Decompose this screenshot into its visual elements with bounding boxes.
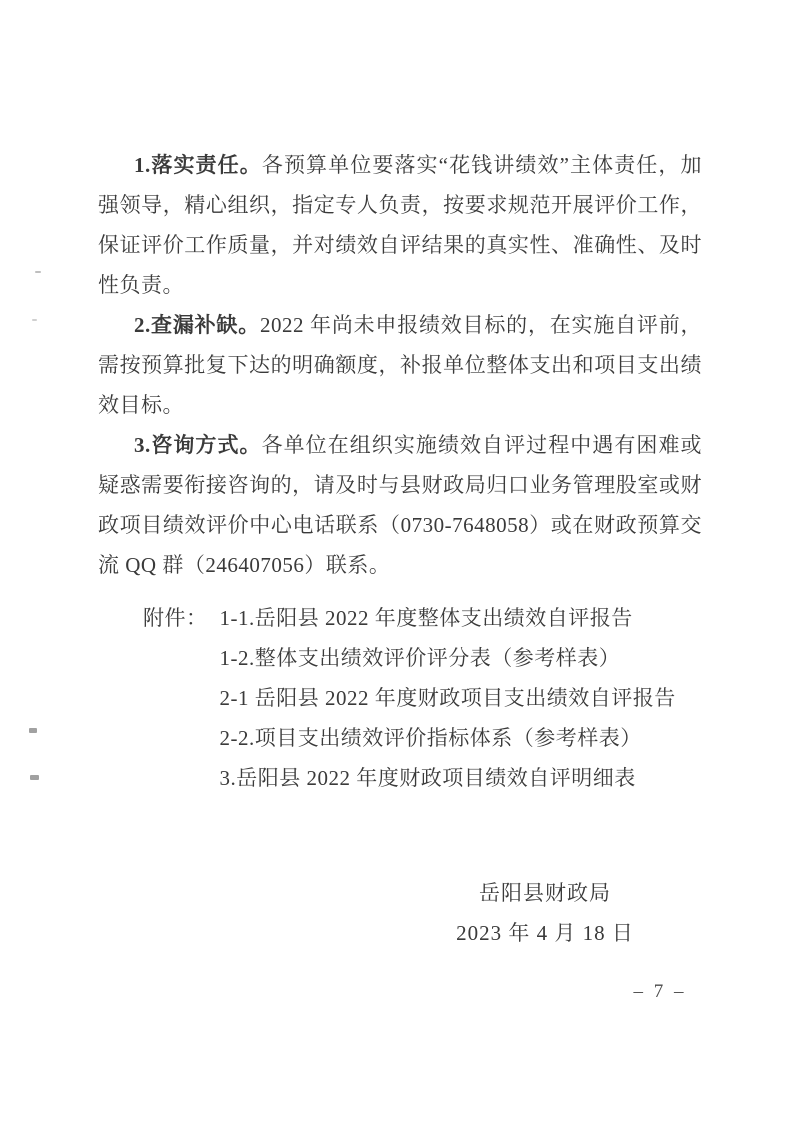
attachment-item: 2-2.项目支出绩效评价指标体系（参考样表） xyxy=(220,718,676,758)
scan-speck xyxy=(32,319,37,321)
scan-speck xyxy=(30,775,39,780)
paragraph-2-lead: 2.查漏补缺。 xyxy=(134,313,260,337)
document-page: 1.落实责任。各预算单位要落实“花钱讲绩效”主体责任，加强领导，精心组织，指定专… xyxy=(0,0,793,1122)
attachments-section: 附件： 1-1.岳阳县 2022 年度整体支出绩效自评报告 1-2.整体支出绩效… xyxy=(143,598,703,798)
attachment-item: 3.岳阳县 2022 年度财政项目绩效自评明细表 xyxy=(220,758,676,798)
paragraph-2: 2.查漏补缺。2022 年尚未申报绩效目标的，在实施自评前，需按预算批复下达的明… xyxy=(98,305,702,425)
page-number: – 7 – xyxy=(610,978,710,1006)
attachments-label: 附件： xyxy=(143,598,208,638)
signature-date: 2023 年 4 月 18 日 xyxy=(400,913,690,953)
body-text-block: 1.落实责任。各预算单位要落实“花钱讲绩效”主体责任，加强领导，精心组织，指定专… xyxy=(98,145,702,585)
paragraph-3: 3.咨询方式。各单位在组织实施绩效自评过程中遇有困难或疑惑需要衔接咨询的，请及时… xyxy=(98,425,702,585)
paragraph-1-lead: 1.落实责任。 xyxy=(134,153,262,177)
attachment-item: 1-2.整体支出绩效评价评分表（参考样表） xyxy=(220,638,676,678)
paragraph-1: 1.落实责任。各预算单位要落实“花钱讲绩效”主体责任，加强领导，精心组织，指定专… xyxy=(98,145,702,305)
attachment-item: 2-1 岳阳县 2022 年度财政项目支出绩效自评报告 xyxy=(220,678,676,718)
scan-speck xyxy=(29,728,37,733)
attachments-list: 1-1.岳阳县 2022 年度整体支出绩效自评报告 1-2.整体支出绩效评价评分… xyxy=(220,598,676,798)
signature-org: 岳阳县财政局 xyxy=(400,873,690,913)
paragraph-3-lead: 3.咨询方式。 xyxy=(134,433,262,457)
attachment-item: 1-1.岳阳县 2022 年度整体支出绩效自评报告 xyxy=(220,598,676,638)
scan-speck xyxy=(35,271,41,273)
signature-block: 岳阳县财政局 2023 年 4 月 18 日 xyxy=(400,873,690,953)
